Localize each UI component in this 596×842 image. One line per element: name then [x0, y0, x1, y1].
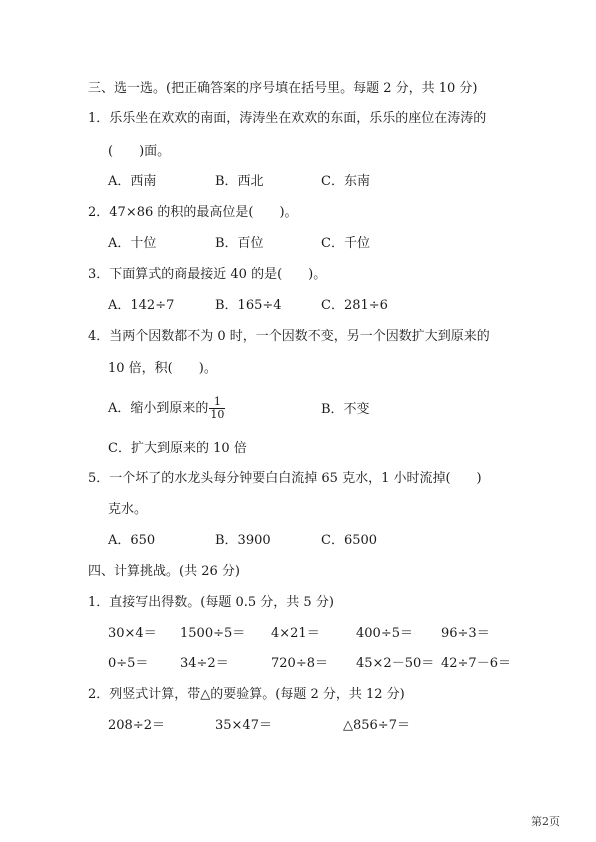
q1-option-b: B．西北	[215, 174, 264, 190]
q2-option-c: C．千位	[321, 236, 370, 252]
p1-row1-item2: 1500÷5＝	[180, 626, 245, 642]
q1-option-c: C．东南	[321, 174, 370, 190]
q1-text-line2: ( )面。	[108, 144, 170, 160]
p1-row2-item3: 720÷8＝	[271, 656, 328, 672]
q3-option-a: A．142÷7	[108, 298, 174, 314]
p1-row1-item3: 4×21＝	[271, 626, 320, 642]
q3-option-b: B．165÷4	[215, 298, 282, 314]
fraction-denominator: 10	[209, 409, 225, 421]
p1-row1-item1: 30×4＝	[108, 626, 157, 642]
p1-row2-item4: 45×2－50＝	[356, 656, 434, 672]
q4-text-line2: 10 倍，积( )。	[108, 361, 217, 377]
p1-row1-item5: 96÷3＝	[441, 626, 490, 642]
p2-item1: 208÷2＝	[108, 718, 165, 734]
q4-option-a-text: A．缩小到原来的	[108, 401, 208, 416]
q3-text: 3．下面算式的商最接近 40 的是( )。	[88, 267, 326, 283]
q1-text-line1: 1．乐乐坐在欢欢的南面，涛涛坐在欢欢的东面，乐乐的座位在涛涛的	[88, 111, 486, 127]
q2-option-a: A．十位	[108, 236, 156, 252]
q5-text-line2: 克水。	[108, 502, 147, 518]
q5-option-b: B．3900	[215, 533, 271, 549]
p2-title: 2．列竖式计算，带△的要验算。(每题 2 分，共 12 分)	[88, 687, 405, 703]
p1-row2-item1: 0÷5＝	[108, 656, 148, 672]
q5-option-c: C．6500	[321, 533, 377, 549]
p1-title: 1．直接写出得数。(每题 0.5 分，共 5 分)	[88, 595, 334, 611]
p2-item3: △856÷7＝	[343, 718, 410, 734]
p1-row2-item2: 34÷2＝	[180, 656, 229, 672]
p1-row1-item4: 400÷5＝	[356, 626, 413, 642]
q4-option-b: B．不变	[321, 402, 370, 418]
page-number: 第2页	[531, 813, 560, 829]
section3-heading: 三、选一选。(把正确答案的序号填在括号里。每题 2 分，共 10 分)	[88, 81, 478, 97]
p2-item2: 35×47＝	[215, 718, 272, 734]
q3-option-c: C．281÷6	[321, 298, 388, 314]
q5-text-line1: 5．一个坏了的水龙头每分钟要白白流掉 65 克水，1 小时流掉( )	[88, 471, 482, 487]
q4-text-line1: 4．当两个因数都不为 0 时，一个因数不变，另一个因数扩大到原来的	[88, 329, 490, 345]
fraction-one-tenth: 110	[209, 396, 225, 421]
q4-option-c: C．扩大到原来的 10 倍	[108, 441, 247, 457]
q2-text: 2．47×86 的积的最高位是( )。	[88, 205, 298, 221]
p1-row2-item5: 42÷7－6＝	[441, 656, 511, 672]
q5-option-a: A．650	[108, 533, 155, 549]
q4-option-a: A．缩小到原来的110	[108, 396, 225, 421]
section4-heading: 四、计算挑战。(共 26 分)	[88, 564, 240, 580]
q2-option-b: B．百位	[215, 236, 264, 252]
q1-option-a: A．西南	[108, 174, 156, 190]
